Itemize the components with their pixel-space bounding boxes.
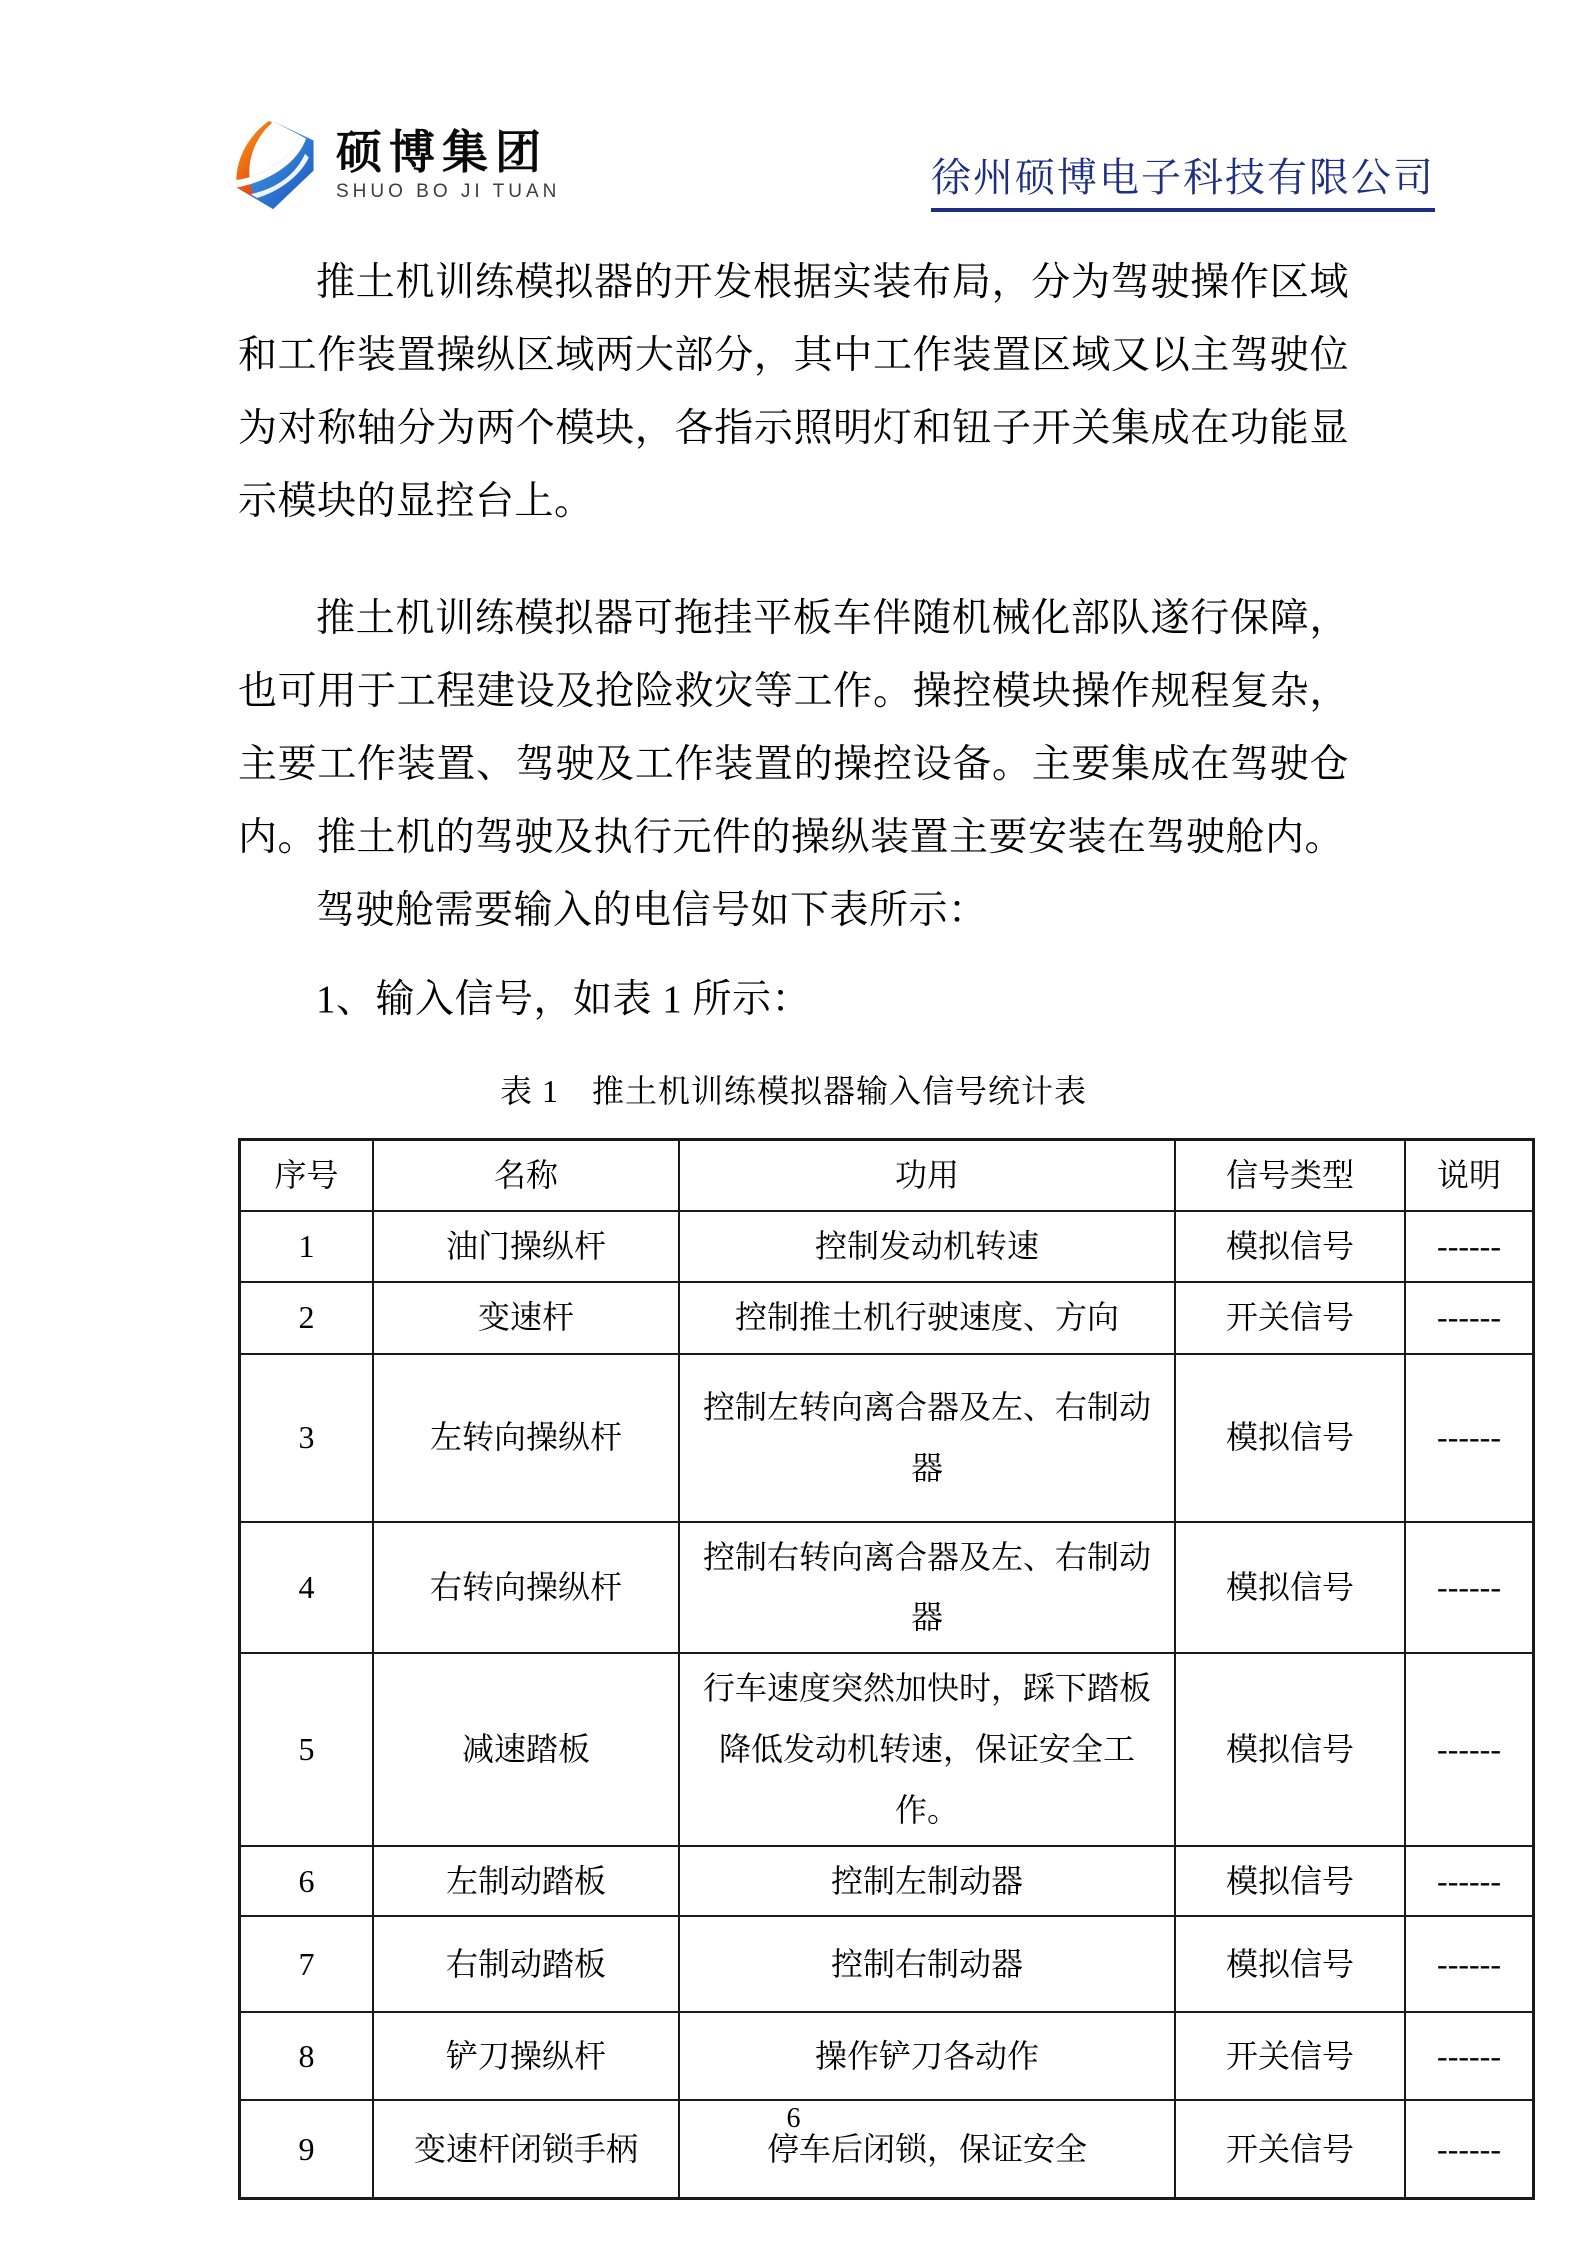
- column-header-note: 说明: [1405, 1140, 1534, 1211]
- cell-name: 减速踏板: [373, 1653, 679, 1845]
- document-body: 推土机训练模拟器的开发根据实装布局，分为驾驶操作区域和工作装置操纵区域两大部分，…: [238, 246, 1349, 2200]
- cell-name: 右制动踏板: [373, 1916, 679, 2012]
- logo-text-en: SHUO BO JI TUAN: [336, 181, 560, 203]
- cell-signal-type: 开关信号: [1175, 2012, 1405, 2100]
- cell-name: 油门操纵杆: [373, 1211, 679, 1282]
- column-header-function: 功用: [679, 1140, 1175, 1211]
- cell-note: ------: [1405, 1846, 1534, 1917]
- company-name: 徐州硕博电子科技有限公司: [931, 155, 1435, 212]
- cell-function: 行车速度突然加快时，踩下踏板降低发动机转速，保证安全工作。: [679, 1653, 1175, 1845]
- cell-name: 左转向操纵杆: [373, 1354, 679, 1522]
- body-paragraph-3: 驾驶舱需要输入的电信号如下表所示：: [238, 874, 1349, 947]
- page-number: 6: [0, 2103, 1587, 2135]
- cell-name: 铲刀操纵杆: [373, 2012, 679, 2100]
- body-paragraph-1: 推土机训练模拟器的开发根据实装布局，分为驾驶操作区域和工作装置操纵区域两大部分，…: [238, 246, 1349, 538]
- table-caption: 表 1 推土机训练模拟器输入信号统计表: [238, 1066, 1349, 1112]
- cell-index: 5: [240, 1653, 374, 1845]
- cell-signal-type: 模拟信号: [1175, 1211, 1405, 1282]
- cell-signal-type: 模拟信号: [1175, 1653, 1405, 1845]
- page-header: 硕博集团 SHUO BO JI TUAN 徐州硕博电子科技有限公司: [0, 0, 1587, 212]
- table-row: 2 变速杆 控制推土机行驶速度、方向 开关信号 ------: [240, 1282, 1534, 1354]
- body-paragraph-2: 推土机训练模拟器可拖挂平板车伴随机械化部队遂行保障，也可用于工程建设及抢险救灾等…: [238, 582, 1349, 874]
- list-item-input-signals: 1、输入信号，如表 1 所示：: [238, 963, 1349, 1036]
- cell-function: 控制左制动器: [679, 1846, 1175, 1917]
- table-row: 1 油门操纵杆 控制发动机转速 模拟信号 ------: [240, 1211, 1534, 1282]
- company-logo-icon: [228, 118, 322, 212]
- company-logo-block: 硕博集团 SHUO BO JI TUAN: [228, 118, 560, 212]
- table-row: 4 右转向操纵杆 控制右转向离合器及左、右制动器 模拟信号 ------: [240, 1522, 1534, 1654]
- cell-signal-type: 模拟信号: [1175, 1522, 1405, 1654]
- column-header-index: 序号: [240, 1140, 374, 1211]
- cell-signal-type: 模拟信号: [1175, 1354, 1405, 1522]
- cell-name: 变速杆: [373, 1282, 679, 1354]
- cell-function: 控制推土机行驶速度、方向: [679, 1282, 1175, 1354]
- cell-index: 8: [240, 2012, 374, 2100]
- cell-note: ------: [1405, 1653, 1534, 1845]
- cell-index: 4: [240, 1522, 374, 1654]
- cell-note: ------: [1405, 1522, 1534, 1654]
- table-row: 6 左制动踏板 控制左制动器 模拟信号 ------: [240, 1846, 1534, 1917]
- cell-signal-type: 开关信号: [1175, 1282, 1405, 1354]
- table-row: 3 左转向操纵杆 控制左转向离合器及左、右制动器 模拟信号 ------: [240, 1354, 1534, 1522]
- cell-function: 操作铲刀各动作: [679, 2012, 1175, 2100]
- cell-note: ------: [1405, 1916, 1534, 2012]
- cell-signal-type: 模拟信号: [1175, 1846, 1405, 1917]
- table-row: 8 铲刀操纵杆 操作铲刀各动作 开关信号 ------: [240, 2012, 1534, 2100]
- cell-name: 左制动踏板: [373, 1846, 679, 1917]
- cell-name: 右转向操纵杆: [373, 1522, 679, 1654]
- cell-note: ------: [1405, 1354, 1534, 1522]
- table-row: 5 减速踏板 行车速度突然加快时，踩下踏板降低发动机转速，保证安全工作。 模拟信…: [240, 1653, 1534, 1845]
- cell-index: 2: [240, 1282, 374, 1354]
- logo-text-cn: 硕博集团: [336, 127, 560, 178]
- cell-note: ------: [1405, 1211, 1534, 1282]
- table-row: 7 右制动踏板 控制右制动器 模拟信号 ------: [240, 1916, 1534, 2012]
- cell-function: 控制右制动器: [679, 1916, 1175, 2012]
- cell-signal-type: 模拟信号: [1175, 1916, 1405, 2012]
- cell-note: ------: [1405, 2012, 1534, 2100]
- cell-index: 7: [240, 1916, 374, 2012]
- column-header-signal-type: 信号类型: [1175, 1140, 1405, 1211]
- cell-function: 控制右转向离合器及左、右制动器: [679, 1522, 1175, 1654]
- document-page: 硕博集团 SHUO BO JI TUAN 徐州硕博电子科技有限公司 推土机训练模…: [0, 0, 1587, 2245]
- cell-index: 6: [240, 1846, 374, 1917]
- cell-function: 控制发动机转速: [679, 1211, 1175, 1282]
- table-header-row: 序号 名称 功用 信号类型 说明: [240, 1140, 1534, 1211]
- cell-note: ------: [1405, 1282, 1534, 1354]
- cell-index: 3: [240, 1354, 374, 1522]
- cell-function: 控制左转向离合器及左、右制动器: [679, 1354, 1175, 1522]
- cell-index: 1: [240, 1211, 374, 1282]
- input-signal-table: 序号 名称 功用 信号类型 说明 1 油门操纵杆 控制发动机转速 模拟信号 --…: [238, 1138, 1535, 2200]
- logo-text: 硕博集团 SHUO BO JI TUAN: [336, 127, 560, 204]
- column-header-name: 名称: [373, 1140, 679, 1211]
